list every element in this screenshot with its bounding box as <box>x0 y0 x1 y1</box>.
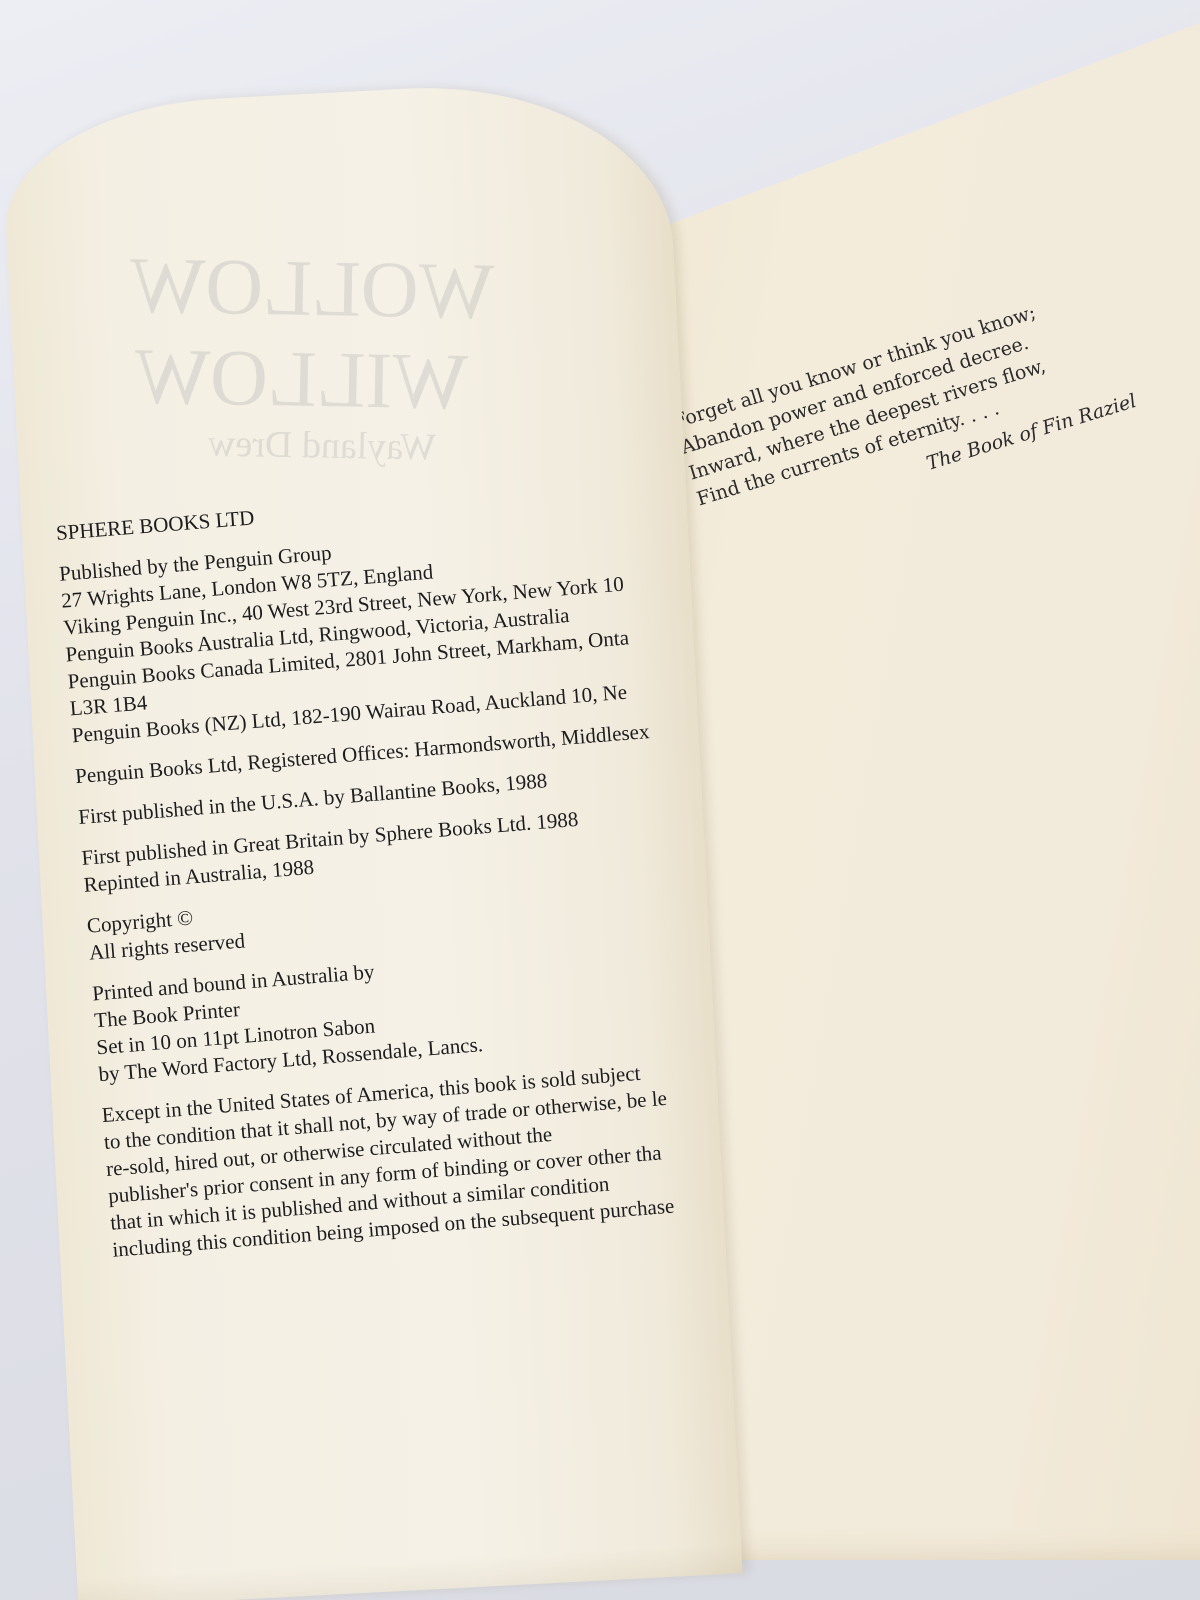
show-through-title: WOLLOW <box>129 241 495 338</box>
publisher-addresses: Published by the Penguin Group 27 Wright… <box>58 512 691 749</box>
show-through-title: WILLOW <box>134 332 469 429</box>
copyright-page-text: SPHERE BOOKS LTD Published by the Pengui… <box>55 471 733 1277</box>
show-through-author: Wayland Drew <box>208 422 437 470</box>
photo-scene: Forget all you know or think you know; A… <box>0 0 1200 1600</box>
sale-conditions: Except in the United States of America, … <box>101 1054 732 1264</box>
page-edge <box>77 1543 743 1600</box>
